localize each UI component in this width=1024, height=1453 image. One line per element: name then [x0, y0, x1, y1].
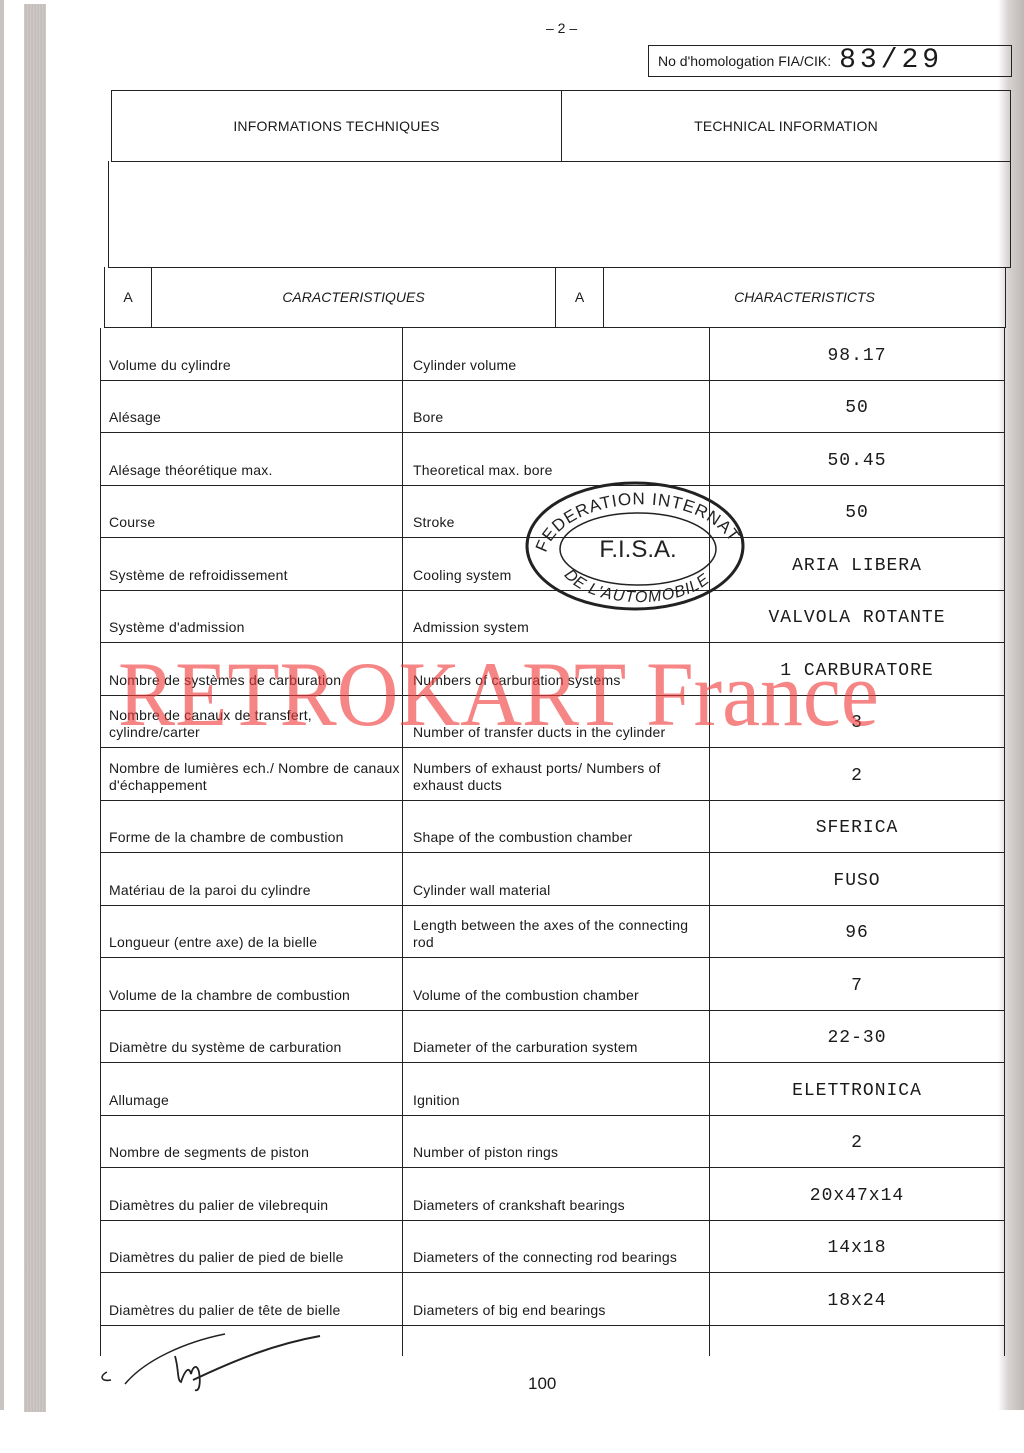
spec-value: 96: [710, 906, 1004, 958]
section-letter-left: A: [105, 267, 152, 327]
table-row: Système d'admissionAdmission systemVALVO…: [100, 591, 1005, 644]
page-marker: – 2 –: [546, 20, 577, 36]
label-english: Diameters of big end bearings: [403, 1273, 710, 1325]
spec-value: ARIA LIBERA: [710, 538, 1004, 590]
table-row: Volume du cylindreCylinder volume98.17: [100, 328, 1005, 381]
label-french: Diamètres du palier de pied de bielle: [101, 1221, 403, 1273]
label-english: Number of transfer ducts in the cylinder: [403, 696, 710, 748]
label-french: Volume de la chambre de combustion: [101, 958, 403, 1010]
table-row: Diamètres du palier de pied de bielleDia…: [100, 1221, 1005, 1274]
table-row: Diamètre du système de carburationDiamet…: [100, 1011, 1005, 1064]
label-french: Diamètres du palier de vilebrequin: [101, 1168, 403, 1220]
spec-value: ELETTRONICA: [710, 1063, 1004, 1115]
label-english: Bore: [403, 381, 710, 433]
label-french: Système d'admission: [101, 591, 403, 643]
label-english: Numbers of carburation systems: [403, 643, 710, 695]
table-row: Nombre de canaux de transfert, cylindre/…: [100, 696, 1005, 749]
label-french: Forme de la chambre de combustion: [101, 801, 403, 853]
label-french: Nombre de lumières ech./ Nombre de canau…: [101, 748, 403, 800]
characteristics-header: A CARACTERISTIQUES A CHARACTERISTICTS: [104, 267, 1006, 328]
label-english: Volume of the combustion chamber: [403, 958, 710, 1010]
spec-value: FUSO: [710, 853, 1004, 905]
label-english: Cylinder wall material: [403, 853, 710, 905]
label-french: Volume du cylindre: [101, 328, 403, 380]
homologation-number: 83/29: [839, 47, 943, 75]
spec-value: 3: [710, 696, 1004, 748]
spec-value: 22-30: [710, 1011, 1004, 1063]
specs-table: Volume du cylindreCylinder volume98.17Al…: [100, 328, 1005, 1356]
empty-cell: [403, 1326, 710, 1356]
section-letter-right: A: [556, 267, 604, 327]
label-french: Nombre de canaux de transfert, cylindre/…: [101, 696, 403, 748]
label-english: Cylinder volume: [403, 328, 710, 380]
signature: [95, 1330, 325, 1410]
label-english: Shape of the combustion chamber: [403, 801, 710, 853]
table-row: AlésageBore50: [100, 381, 1005, 434]
table-row: Nombre de segments de pistonNumber of pi…: [100, 1116, 1005, 1169]
header-french: INFORMATIONS TECHNIQUES: [112, 91, 562, 161]
section-title-english: CHARACTERISTICTS: [604, 267, 1005, 327]
table-row: Alésage théorétique max.Theoretical max.…: [100, 433, 1005, 486]
label-french: Matériau de la paroi du cylindre: [101, 853, 403, 905]
label-english: Ignition: [403, 1063, 710, 1115]
scan-edge-left-thin: [0, 0, 4, 1410]
table-row: Diamètres du palier de vilebrequinDiamet…: [100, 1168, 1005, 1221]
label-french: Diamètres du palier de tête de bielle: [101, 1273, 403, 1325]
label-french: Course: [101, 486, 403, 538]
spec-value: 2: [710, 1116, 1004, 1168]
table-row: Matériau de la paroi du cylindreCylinder…: [100, 853, 1005, 906]
scan-edge-left: [24, 4, 46, 1412]
homologation-box: No d'homologation FIA/CIK: 83/29: [648, 45, 1012, 77]
table-row: Nombre de lumières ech./ Nombre de canau…: [100, 748, 1005, 801]
label-english: Stroke: [403, 486, 710, 538]
label-french: Allumage: [101, 1063, 403, 1115]
label-french: Nombre de segments de piston: [101, 1116, 403, 1168]
section-title-french: CARACTERISTIQUES: [152, 267, 556, 327]
spec-value: 2: [710, 748, 1004, 800]
footer-page-number: 100: [528, 1374, 556, 1394]
label-english: Length between the axes of the connectin…: [403, 906, 710, 958]
spec-value: 98.17: [710, 328, 1004, 380]
spec-value: 14x18: [710, 1221, 1004, 1273]
spec-value: 20x47x14: [710, 1168, 1004, 1220]
spec-value: 50.45: [710, 433, 1004, 485]
info-header: INFORMATIONS TECHNIQUES TECHNICAL INFORM…: [111, 90, 1011, 162]
table-row: Diamètres du palier de tête de bielleDia…: [100, 1273, 1005, 1326]
label-english: Theoretical max. bore: [403, 433, 710, 485]
label-french: Nombre de systèmes de carburation: [101, 643, 403, 695]
label-french: Longueur (entre axe) de la bielle: [101, 906, 403, 958]
spec-value: 7: [710, 958, 1004, 1010]
table-row: Système de refroidissementCooling system…: [100, 538, 1005, 591]
table-row: Nombre de systèmes de carburationNumbers…: [100, 643, 1005, 696]
table-row: Longueur (entre axe) de la bielleLength …: [100, 906, 1005, 959]
label-french: Alésage: [101, 381, 403, 433]
spec-value: 18x24: [710, 1273, 1004, 1325]
label-french: Système de refroidissement: [101, 538, 403, 590]
spec-value: SFERICA: [710, 801, 1004, 853]
table-row: Volume de la chambre de combustionVolume…: [100, 958, 1005, 1011]
label-english: Admission system: [403, 591, 710, 643]
spec-value: 50: [710, 486, 1004, 538]
table-row: Forme de la chambre de combustionShape o…: [100, 801, 1005, 854]
label-english: Diameter of the carburation system: [403, 1011, 710, 1063]
table-row: AllumageIgnitionELETTRONICA: [100, 1063, 1005, 1116]
table-row: CourseStroke50: [100, 486, 1005, 539]
label-french: Alésage théorétique max.: [101, 433, 403, 485]
blank-section: [108, 161, 1011, 268]
label-english: Numbers of exhaust ports/ Numbers of exh…: [403, 748, 710, 800]
spec-value: 1 CARBURATORE: [710, 643, 1004, 695]
label-english: Diameters of crankshaft bearings: [403, 1168, 710, 1220]
label-english: Cooling system: [403, 538, 710, 590]
empty-cell: [710, 1326, 1004, 1356]
label-english: Diameters of the connecting rod bearings: [403, 1221, 710, 1273]
label-french: Diamètre du système de carburation: [101, 1011, 403, 1063]
spec-value: 50: [710, 381, 1004, 433]
header-english: TECHNICAL INFORMATION: [562, 91, 1010, 161]
spec-value: VALVOLA ROTANTE: [710, 591, 1004, 643]
label-english: Number of piston rings: [403, 1116, 710, 1168]
homologation-label: No d'homologation FIA/CIK:: [658, 53, 831, 69]
